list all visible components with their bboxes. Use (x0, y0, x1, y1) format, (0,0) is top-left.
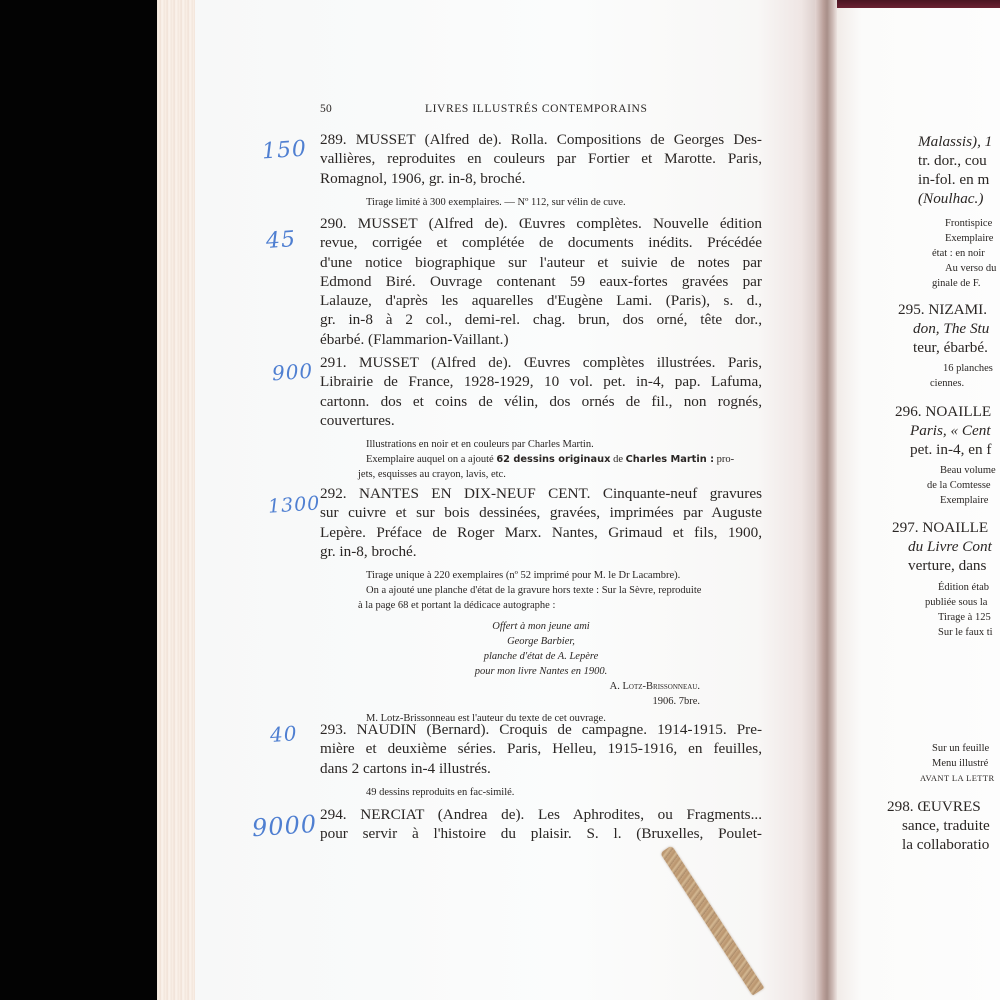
entry-note: Illustrations en noir et en couleurs par… (320, 437, 762, 482)
background-shadow (0, 0, 157, 1000)
entry-line: ébarbé. (Flammarion-Vaillant.) (338, 330, 762, 349)
entry-line: d'une notice biographique sur l'auteur e… (338, 253, 762, 272)
entry-line: dans 2 cartons in-4 illustrés. (338, 759, 762, 778)
page-number: 50 (320, 103, 332, 115)
entry-line: 294. NERCIAT (Andrea de). Les Aphrodites… (338, 805, 762, 824)
running-title: LIVRES ILLUSTRÉS CONTEMPORAINS (425, 103, 647, 115)
entry-line: mière et deuxième séries. Paris, Helleu,… (338, 739, 762, 758)
handwritten-price-292: 1300 (267, 492, 321, 518)
entry-note: Tirage unique à 220 exemplaires (nº 52 i… (320, 568, 762, 613)
entry-line: Lalauze, d'après les aquarelles d'Eugène… (338, 291, 762, 310)
entry-line: gr. in-8, broché. (338, 542, 762, 561)
entry-line: vallières, reproduites en couleurs par F… (338, 149, 762, 168)
dedication-signature: A. Lotz-Brissonneau. 1906. 7bre. (320, 679, 762, 709)
entry-line: couvertures. (338, 411, 762, 430)
entry-line: 292. NANTES EN DIX-NEUF CENT. Cinquante-… (338, 484, 762, 503)
catalog-entry-291: 291. MUSSET (Alfred de). Œuvres complète… (320, 353, 762, 482)
entry-line: gr. in-8 à 2 col., demi-rel. chag. brun,… (338, 310, 762, 329)
page-edges (157, 0, 197, 1000)
handwritten-price-294: 9000 (251, 810, 318, 842)
catalog-entry-289: 289. MUSSET (Alfred de). Rolla. Composit… (320, 130, 762, 210)
entry-line: Lepère. Préface de Roger Marx. Nantes, G… (338, 523, 762, 542)
book-gutter (815, 0, 837, 1000)
entry-line: Romagnol, 1906, gr. in-8, broché. (338, 169, 762, 188)
entry-line: 289. MUSSET (Alfred de). Rolla. Composit… (338, 130, 762, 149)
handwritten-price-293: 40 (269, 721, 298, 747)
catalog-entry-290: 290. MUSSET (Alfred de). Œuvres complète… (320, 214, 762, 349)
handwritten-price-291: 900 (271, 359, 314, 386)
entry-line: 291. MUSSET (Alfred de). Œuvres complète… (338, 353, 762, 372)
entry-note: 49 dessins reproduits en fac-similé. (320, 785, 762, 800)
catalog-entry-293: 293. NAUDIN (Bernard). Croquis de campag… (320, 720, 762, 800)
entry-line: Librairie de France, 1928-1929, 10 vol. … (338, 372, 762, 391)
handwritten-price-289: 150 (261, 136, 308, 164)
catalog-entry-294: 294. NERCIAT (Andrea de). Les Aphrodites… (320, 805, 762, 844)
handwritten-price-290: 45 (265, 227, 297, 254)
autograph-dedication: Offert à mon jeune ami George Barbier, p… (320, 619, 762, 679)
entry-note: Tirage limité à 300 exemplaires. — Nº 11… (320, 195, 762, 210)
entry-line: cartonn. dos et coins de vélin, dos orné… (338, 392, 762, 411)
entry-line: Edmond Biré. Ouvrage contenant 59 eaux-f… (338, 272, 762, 291)
entry-line: 290. MUSSET (Alfred de). Œuvres complète… (338, 214, 762, 233)
entry-line: 293. NAUDIN (Bernard). Croquis de campag… (338, 720, 762, 739)
entry-line: pour servir à l'histoire du plaisir. S. … (338, 824, 762, 843)
catalog-entry-292: 292. NANTES EN DIX-NEUF CENT. Cinquante-… (320, 484, 762, 726)
entry-line: sur cuivre et sur bois dessinées, gravée… (338, 503, 762, 522)
entry-line: revue, corrigée et complétée de document… (338, 233, 762, 252)
